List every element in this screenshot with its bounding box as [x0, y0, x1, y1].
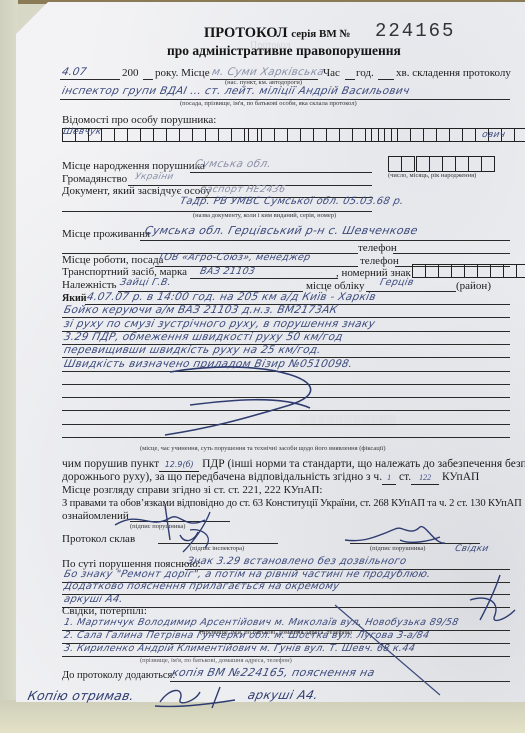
- char-box[interactable]: [218, 128, 231, 142]
- phone-label-1: телефон: [358, 242, 397, 255]
- birth-day-boxes[interactable]: [388, 156, 415, 172]
- char-box[interactable]: [384, 128, 397, 142]
- id-document-hint: (назва документу, коли і ким виданий, се…: [193, 212, 336, 219]
- birthplace-value[interactable]: Сумська обл.: [194, 158, 273, 170]
- violation-text-1: чим порушив пункт: [62, 458, 159, 470]
- char-box[interactable]: [516, 264, 525, 278]
- owner-value[interactable]: Зайці Г.В.: [119, 277, 172, 288]
- char-box[interactable]: [127, 128, 140, 142]
- date-value[interactable]: 4.07: [61, 66, 88, 78]
- char-box[interactable]: [140, 128, 153, 142]
- char-box[interactable]: [449, 128, 462, 142]
- year-prefix: 200: [122, 67, 139, 80]
- vehicle-value[interactable]: ВАЗ 21103: [199, 266, 256, 277]
- review-place: Місце розгляду справи згідно зі ст. ст. …: [62, 484, 322, 497]
- residence-label: Місце проживання: [62, 228, 150, 241]
- document-subtitle: про адміністративне правопорушення: [167, 43, 401, 59]
- char-box[interactable]: [114, 128, 127, 142]
- char-box[interactable]: [503, 264, 516, 278]
- article-value[interactable]: 122: [411, 471, 439, 485]
- residence-value[interactable]: Сумська обл. Герцівський р-н с. Шевченко…: [144, 224, 419, 237]
- article-label: ст.: [399, 471, 411, 483]
- copy-received-note: Копію отримав.: [26, 688, 135, 703]
- handwritten-line: зі руху по смузі зустрічного руху, в пор…: [63, 318, 377, 330]
- char-box[interactable]: [514, 128, 525, 142]
- officer-hint: (посада, прізвище, ім'я, по батькові осо…: [180, 100, 357, 107]
- char-box[interactable]: [429, 156, 443, 172]
- char-box[interactable]: [462, 128, 475, 142]
- clause-value[interactable]: 12.9(б): [159, 458, 199, 472]
- char-box[interactable]: [352, 128, 365, 142]
- explanation-signature[interactable]: [460, 570, 520, 630]
- char-box[interactable]: [412, 264, 425, 278]
- char-box[interactable]: [371, 128, 384, 142]
- char-box[interactable]: [468, 156, 481, 172]
- handwritten-line: 4.07.07 р. в 14:00 год. на 205 км а/д Ки…: [86, 291, 377, 303]
- code-label: КУпАП: [442, 471, 479, 483]
- patronymic-tail: ович: [481, 130, 506, 140]
- title-series: серія ВМ №: [291, 28, 350, 40]
- ruled-line: [62, 594, 510, 595]
- char-box[interactable]: [287, 128, 300, 142]
- birthplace-label: Місце народження порушника: [62, 160, 205, 173]
- char-box[interactable]: [451, 264, 464, 278]
- char-box[interactable]: [388, 156, 401, 172]
- place-value[interactable]: м. Суми Харківська: [211, 66, 326, 78]
- offender-signature-2[interactable]: [340, 515, 450, 555]
- handwritten-line: перевищивши швидкість руху на 25 км/год.: [63, 344, 323, 356]
- char-box[interactable]: [401, 156, 415, 172]
- scan-background-left: [0, 0, 18, 733]
- char-box[interactable]: [261, 128, 274, 142]
- birth-month-boxes[interactable]: [416, 156, 443, 172]
- hour-label: год.: [356, 67, 374, 80]
- char-box[interactable]: [442, 156, 455, 172]
- char-box[interactable]: [231, 128, 244, 142]
- district-label: (район): [456, 280, 491, 293]
- offender-section-label: Відомості про особу порушника:: [62, 114, 216, 127]
- copy-received-signature[interactable]: [150, 682, 240, 710]
- violation-text-3: дорожнього руху), за що передбачена відп…: [62, 471, 382, 483]
- char-box[interactable]: [326, 128, 339, 142]
- char-box[interactable]: [490, 264, 503, 278]
- char-box[interactable]: [248, 128, 261, 142]
- pages-note: аркуші А4.: [247, 688, 320, 702]
- char-box[interactable]: [416, 156, 429, 172]
- char-box[interactable]: [300, 128, 313, 142]
- char-box[interactable]: [339, 128, 352, 142]
- handwritten-line: 3.29 ПДР, обмеження швидкості руху 50 км…: [63, 331, 344, 343]
- char-box[interactable]: [464, 264, 477, 278]
- serial-number: 224165: [375, 20, 455, 42]
- citizenship-value[interactable]: України: [134, 172, 175, 182]
- surname-value: Шевчук: [62, 127, 102, 137]
- time-label: Час: [323, 67, 340, 80]
- char-box[interactable]: [397, 128, 410, 142]
- char-box[interactable]: [436, 128, 449, 142]
- char-box[interactable]: [179, 128, 192, 142]
- char-box[interactable]: [425, 264, 438, 278]
- violation-line-1: чим порушив пункт12.9(б) ПДР (інші норми…: [62, 458, 525, 472]
- id-document-value[interactable]: паспорт НЕ2436: [199, 184, 287, 195]
- title-main: ПРОТОКОЛ: [204, 25, 288, 41]
- scan-background-bottom: [0, 700, 525, 733]
- compiled-label: Протокол склав: [62, 533, 135, 546]
- plate-number-boxes[interactable]: [412, 264, 525, 278]
- witnesses-hint-2: (прізвище, ім'я, по батькові, домашня ад…: [140, 657, 292, 664]
- offense-hint: (місце, час учинення, суть порушення та …: [140, 445, 386, 452]
- minute-label: хв. складення протоколу: [396, 67, 511, 80]
- char-box[interactable]: [274, 128, 287, 142]
- char-box[interactable]: [101, 128, 114, 142]
- inspector-signature[interactable]: [175, 510, 235, 555]
- char-box[interactable]: [205, 128, 218, 142]
- registration-value[interactable]: Герців: [379, 277, 415, 288]
- id-document-value-2[interactable]: Тадр. РВ УМВС Сумської обл. 05.03.68 р.: [179, 196, 405, 207]
- handwritten-line: Бо знаку "Ремонт доріг", а потім на рівн…: [63, 569, 432, 580]
- dob-hint: (число, місяць, рік народження): [388, 172, 476, 179]
- handwritten-line: аркуші А4.: [63, 594, 124, 605]
- char-box[interactable]: [477, 264, 490, 278]
- birth-year-boxes[interactable]: [442, 156, 495, 172]
- char-box[interactable]: [410, 128, 423, 142]
- char-box[interactable]: [153, 128, 166, 142]
- part-value[interactable]: 1: [382, 471, 396, 485]
- violation-line-2: дорожнього руху), за що передбачена відп…: [62, 471, 479, 485]
- document-title: ПРОТОКОЛ серія ВМ №: [204, 25, 351, 42]
- char-box[interactable]: [423, 128, 436, 142]
- char-box[interactable]: [481, 156, 495, 172]
- handwritten-line: Додатково пояснення прилагається на окре…: [63, 581, 341, 592]
- work-value[interactable]: ТОВ «Агро-Союз», менеджер: [157, 252, 312, 263]
- handwritten-line: Бойко керуючи а/м ВАЗ 21103 д.н.з. ВМ217…: [63, 304, 339, 316]
- handwritten-line: Знак 3.29 встановлено без дозвільного: [186, 556, 408, 567]
- attachments-label: До протоколу додаються:: [62, 669, 175, 682]
- officer-value[interactable]: інспектор групи ВДАІ ... ст. лейт. міліц…: [61, 85, 411, 97]
- violation-text-2: ПДР (інші норми та стандарти, що належат…: [202, 458, 525, 470]
- char-box[interactable]: [313, 128, 326, 142]
- year-label: року. Місце: [155, 67, 210, 80]
- explanation-annotation: Свідки: [454, 544, 490, 554]
- char-box[interactable]: [455, 156, 468, 172]
- strike-through-scribble: [150, 360, 350, 440]
- char-box[interactable]: [166, 128, 179, 142]
- char-box[interactable]: [192, 128, 205, 142]
- char-box[interactable]: [438, 264, 451, 278]
- diagonal-pen-stroke: [330, 600, 450, 700]
